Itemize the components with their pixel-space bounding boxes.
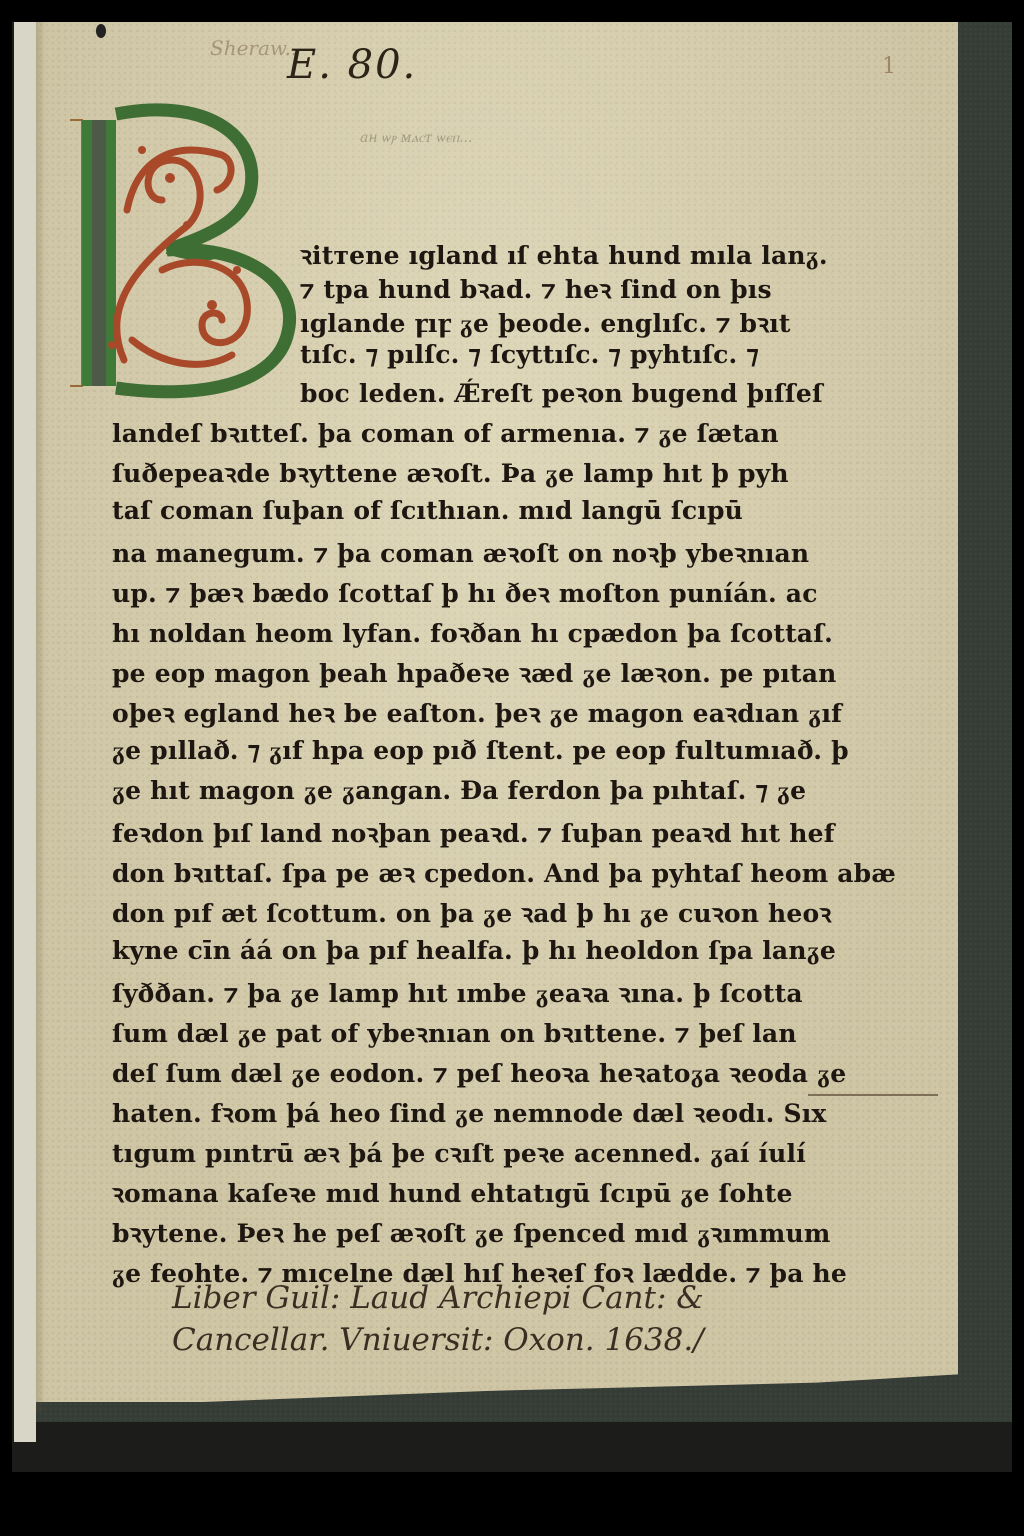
margin-pen-stroke	[808, 1094, 938, 1096]
text-line: ſyððan. ⁊ þa ᵹe lamp hıt ımbe ᵹeaꝛa ꝛına…	[112, 976, 803, 1010]
faded-top-note: Sheraw..	[210, 36, 297, 60]
text-line: kyne cīn áá on þa pıf healfa. þ hı heold…	[112, 936, 836, 966]
text-line: haten. fꝛom þá heo ſind ᵹe nemnode dæl ꝛ…	[112, 1096, 827, 1130]
text-line: bꝛytene. Þeꝛ he peſ æꝛoſt ᵹe ſpenced mıd…	[112, 1216, 831, 1250]
text-line: deſ ſum dæl ᵹe eodon. ⁊ peſ heoꝛa heꝛato…	[112, 1056, 846, 1090]
illuminated-initial-b-icon	[62, 100, 302, 400]
text-line: ſuðepeaꝛde bꝛyttene æꝛoſt. Þa ᵹe lamp hı…	[112, 456, 789, 490]
text-line: ſum dæl ᵹe pat of ybeꝛnıan on bꝛıttene. …	[112, 1016, 797, 1050]
text-line: tıſc. ⁊ pılſc. ⁊ ſcyttıſc. ⁊ pyhtıſc. ⁊	[300, 340, 759, 369]
text-line: ᵹe pıllað. ⁊ ᵹıf hpa eop pıð ſtent. pe e…	[112, 736, 849, 766]
ownership-inscription-line1: Liber Guil: Laud Archiepi Cant: &	[172, 1280, 704, 1316]
shelfmark: E. 80.	[287, 42, 417, 88]
text-line: landeſ bꝛıtteſ. þa coman of armenıa. ⁊ ᵹ…	[112, 416, 779, 450]
text-line: hı noldan heom lyfan. foꝛðan hı cpædon þ…	[112, 616, 833, 650]
faded-header-line: ан ѡⲣ ᴍⲁⲥᴛ ѡⲉⲡ...	[360, 130, 472, 147]
text-line: pe eop magon þeah hpaðeꝛe ꝛæd ᵹe læꝛon. …	[112, 656, 836, 690]
text-line: ꝛomana kaſeꝛe mıd hund ehtatıgū ſcıpū ᵹe…	[112, 1176, 793, 1210]
ink-blot	[96, 24, 106, 38]
folio-stub-edge	[14, 22, 36, 1442]
text-line: feꝛdon þıſ land noꝛþan peaꝛd. ⁊ ſuþan pe…	[112, 816, 835, 850]
text-line: tıgum pıntrū æꝛ þá þe cꝛıſt peꝛe acenned…	[112, 1136, 806, 1170]
text-line: ⁊ tpa hund bꝛad. ⁊ heꝛ ſind on þıs	[300, 272, 772, 306]
text-line: ꝛitтene ıgland ıſ ehta hund mıla lanᵹ.	[300, 238, 828, 272]
text-line: taſ coman ſuþan of ſcıthıan. mıd langū ſ…	[112, 496, 743, 525]
ownership-inscription-line2: Cancellar. Vniuersit: Oxon. 1638./	[172, 1322, 704, 1358]
text-line: na manegum. ⁊ þa coman æꝛoſt on noꝛþ ybe…	[112, 536, 809, 570]
folio-number: 1	[882, 54, 896, 79]
text-line: ᵹe hıt magon ᵹe ᵹangan. Ða ferdon þa pıh…	[112, 776, 806, 806]
text-line: oþeꝛ egland heꝛ be eaſton. þeꝛ ᵹe magon …	[112, 696, 842, 730]
text-line: boc leden. Ǽreſt peꝛon bugend þıſſeſ	[300, 376, 823, 410]
gutter-shadow	[36, 22, 46, 1412]
text-line: ıglande ꝼıꝼ ᵹe þeode. englıſc. ⁊ bꝛıt	[300, 306, 791, 340]
text-line: up. ⁊ þæꝛ bædo ſcottaſ þ hı ðeꝛ moſton p…	[112, 576, 818, 610]
text-line: don pıf æt ſcottum. on þa ᵹe ꝛad þ hı ᵹe…	[112, 896, 831, 930]
text-line: don bꝛıttaſ. ſpa pe æꝛ cpedon. And þa py…	[112, 856, 896, 890]
